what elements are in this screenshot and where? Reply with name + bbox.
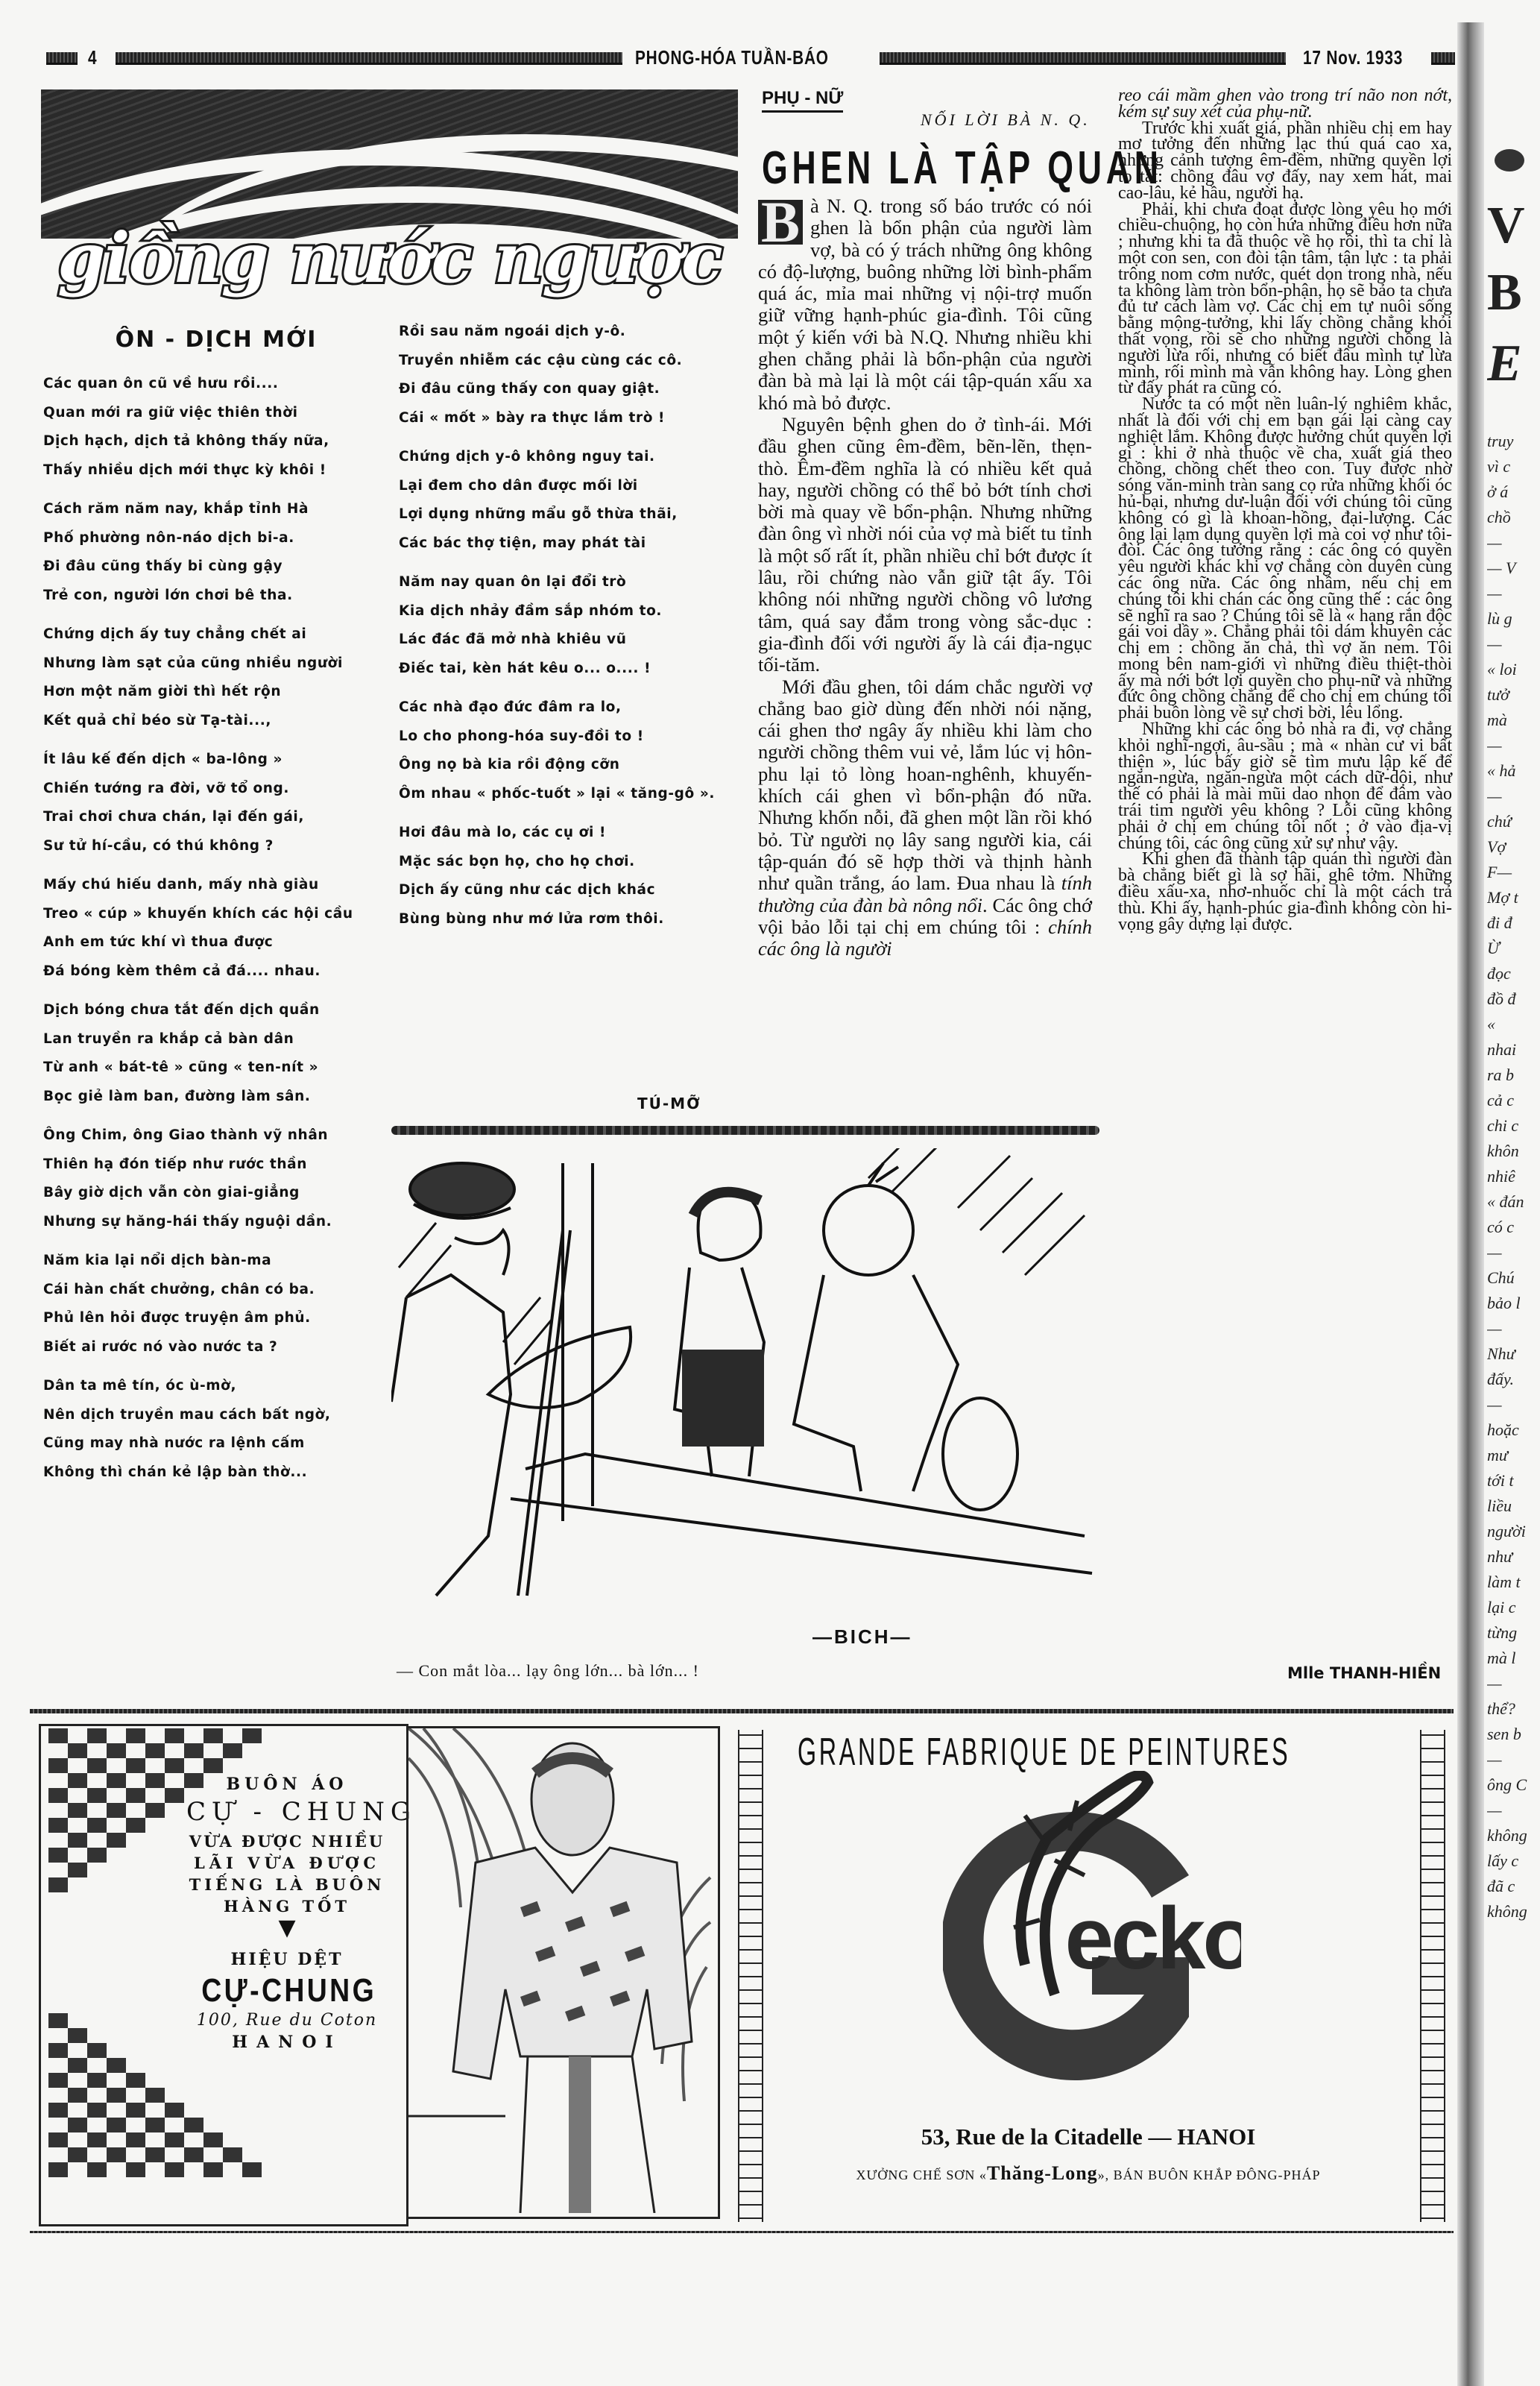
poem-line: Truyền nhiễm các cậu cùng các cô. [399,347,734,376]
poem-line: Chiến tướng ra đời, vỡ tổ ong. [43,775,379,804]
fragment-ornament [1495,149,1524,171]
poem-line: Hơn một năm giời thì hết rộn [43,678,379,707]
poem-line: Đi đâu cũng thấy con quay giật. [399,375,734,404]
article-paragraph: Bà N. Q. trong số báo trước có nói ghen … [758,195,1092,414]
section-tag: PHỤ - NỮ [762,88,843,113]
poem-line: Phủ lên hỏi được truyện âm phủ. [43,1304,379,1333]
poem-line: Mấy chú hiếu danh, mấy nhà giàu [43,871,379,900]
poem-line: Quan mới ra giữ việc thiên thời [43,399,379,428]
poem-line: Dịch ấy cũng như các dịch khác [399,876,734,905]
poem-line: Thấy nhiều dịch mới thực kỳ khôi ! [43,456,379,485]
poem-line: Cách răm năm nay, khắp tỉnh Hà [43,495,379,524]
cartoon-top-rule [391,1126,1099,1135]
publication-name: PHONG-HÓA TUẦN-BÁO [635,46,829,69]
poem-stanza: Năm nay quan ôn lại đổi trò Kia dịch nhả… [399,568,734,683]
header-rule-right [880,52,1286,65]
header-rule-left-stub [46,52,78,65]
ad-brand: CỰ-CHUNG [201,1972,373,2009]
poem-line: Điếc tai, kèn hát kêu o... o.... ! [399,655,734,684]
poem-line: Năm kia lại nổi dịch bàn-ma [43,1247,379,1276]
article-kicker: NỐI LỜI BÀ N. Q. [921,110,1091,130]
page-fold-shadow [1457,22,1484,2386]
article-paragraph: Khi ghen đã thành tập quán thì người đàn… [1118,852,1452,933]
poem-line: Lợi dụng những mẩu gỗ thừa thãi, [399,500,734,529]
poem-line: Chứng dịch ấy tuy chẳng chết ai [43,620,379,649]
poem-stanza: Các quan ôn cũ về hưu rồi.... Quan mới r… [43,370,379,485]
poem-line: Không thì chán kẻ lập bàn thờ... [43,1458,379,1488]
poem-stanza: Hơi đâu mà lo, các cụ ơi ! Mặc sác bọn h… [399,819,734,934]
ornamental-border-left [738,1730,763,2222]
poem-title: ÔN - DỊCH MỚI [112,327,321,353]
poem-stanza: Ít lâu kế đến dịch « ba-lông » Chiến tướ… [43,746,379,860]
banner-woodcut [41,89,738,239]
article-paragraph: Phải, khi chưa đoạt được lòng yêu họ mới… [1118,202,1452,397]
poem-line: Cái « mốt » bày ra thực lắm trò ! [399,404,734,433]
poem-line: Bọc giẻ làm ban, đường làm sân. [43,1083,379,1112]
article-column-1: Bà N. Q. trong số báo trước có nói ghen … [758,195,1092,960]
cartoon-caption: — Con mắt lòa... lạy ông lớn... bà lớn..… [397,1661,699,1681]
ad-line: HIỆU DỆT [186,1950,388,1969]
article-byline: Mlle THANH-HIỀN [1287,1664,1441,1682]
poem-line: Bùng bùng như mớ lửa rơm thôi. [399,905,734,934]
poem-line: Các quan ôn cũ về hưu rồi.... [43,370,379,399]
article-headline: GHEN LÀ TẬP QUAN [762,145,1163,192]
sweater-man-illustration [408,1728,714,2213]
poem-line: Bây giờ dịch vẫn còn giai-giẳng [43,1179,379,1208]
page-header [0,0,1461,30]
ad-city: HANOI [186,2033,388,2052]
gecko-ad-headline: GRANDE FABRIQUE DE PEINTURES [798,1730,1290,1775]
poem-line: Biết ai rước nó vào nước ta ? [43,1333,379,1362]
poem-line: Đá bóng kèm thêm cả đá.... nhau. [43,957,379,986]
poem-stanza: Các nhà đạo đức đâm ra lo, Lo cho phong-… [399,693,734,808]
poem-line: Nhưng làm sạt của cũng nhiều người [43,649,379,679]
adjacent-page-text-fragment: truy vì c ở á chồ — — V — lù g — « loi t… [1487,429,1540,1924]
ad-brand-spaced: CỰ - CHUNG [186,1797,388,1827]
poem-line: Anh em tức khí vì thua được [43,928,379,957]
poem-stanza: Ông Chim, ông Giao thành vỹ nhân Thiên h… [43,1121,379,1236]
poem-stanza: Năm kia lại nổi dịch bàn-ma Cái hàn chất… [43,1247,379,1362]
poem-line: Ông nọ bà kia rồi động cỡn [399,751,734,780]
ad-address: 100, Rue du Coton [186,2011,388,2030]
poem-line: Thiên hạ đón tiếp như rước thần [43,1150,379,1180]
poem-line: Năm nay quan ôn lại đổi trò [399,568,734,597]
drop-cap: B [758,200,803,245]
ad-line: LÃI VỪA ĐƯỢC [186,1854,388,1872]
poem-line: Kia dịch nhảy đầm sắp nhóm to. [399,597,734,626]
fragment-letter: B [1487,259,1540,327]
ads-divider [30,1709,1454,1713]
poem-line: Lại đem cho dân được mối lời [399,472,734,501]
poem-line: Ông Chim, ông Giao thành vỹ nhân [43,1121,379,1150]
cartoon-artist-signature: —BICH— [812,1625,912,1649]
gecko-logo: ecko [943,1771,1241,2121]
poem-line: Nhưng sự hăng-hái thấy nguội dần. [43,1208,379,1237]
poem-line: Chứng dịch y-ô không nguy tai. [399,443,734,472]
poem-stanza: Mấy chú hiếu danh, mấy nhà giàu Treo « c… [43,871,379,986]
header-rule-left [116,52,622,65]
article-paragraph: Những khi các ông bỏ nhà ra đi, vợ chẳng… [1118,722,1452,852]
poem-line: Từ anh « bát-tê » cũng « ten-nít » [43,1054,379,1083]
fragment-letter: E [1487,327,1540,401]
article-paragraph: Trước khi xuất giá, phần nhiều chị em ha… [1118,121,1452,202]
article-paragraph: Nước ta có một nền luân-lý nghiêm khắc, … [1118,397,1452,722]
poem-line: Nên dịch truyền mau cách bất ngờ, [43,1401,379,1430]
column-title: giồng nước ngược [41,224,738,292]
poem-line: Sư tử hí-cầu, có thú không ? [43,832,379,861]
poem-line: Cũng may nhà nước ra lệnh cấm [43,1429,379,1458]
poem-line: Ôm nhau « phốc-tuốt » lại « tăng-gô ». [399,780,734,809]
ad-line: VỪA ĐƯỢC NHIỀU [186,1832,388,1851]
poem-line: Lan truyền ra khắp cả bàn dân [43,1025,379,1054]
poem-stanza: Cách răm năm nay, khắp tỉnh Hà Phố phườn… [43,495,379,610]
cartoon-illustration [391,1148,1099,1603]
poem-line: Các nhà đạo đức đâm ra lo, [399,693,734,723]
poem-column-1: Các quan ôn cũ về hưu rồi.... Quan mới r… [43,370,379,1497]
article-column-2: reo cái mầm ghen vào trong trí não non n… [1118,88,1452,933]
article-paragraph: Nguyên bệnh ghen do ở tình-ái. Mới đầu g… [758,414,1092,676]
poem-line: Hơi đâu mà lo, các cụ ơi ! [399,819,734,848]
poem-line: Dịch hạch, dịch tả không thấy nữa, [43,427,379,456]
gecko-ad-address: 53, Rue de la Citadelle — HANOI [760,2124,1416,2150]
article-paragraph: reo cái mầm ghen vào trong trí não non n… [1118,88,1452,121]
poem-stanza: Chứng dịch ấy tuy chẳng chết ai Nhưng là… [43,620,379,735]
poem-line: Mặc sác bọn họ, cho họ chơi. [399,848,734,877]
poem-line: Trẻ con, người lớn chơi bê tha. [43,582,379,611]
poem-line: Trai chơi chưa chán, lại đến gái, [43,803,379,832]
poem-line: Lác đác đã mở nhà khiêu vũ [399,626,734,655]
ornamental-border-right [1420,1730,1445,2222]
poem-stanza: Dịch bóng chưa tắt đến dịch quần Lan tru… [43,996,379,1111]
poem-line: Treo « cúp » khuyến khích các hội cầu [43,900,379,929]
issue-date: 17 Nov. 1933 [1303,46,1403,69]
poem-line: Dân ta mê tín, óc ù-mờ, [43,1372,379,1401]
poem-line: Ít lâu kế đến dịch « ba-lông » [43,746,379,775]
poem-line: Cái hàn chất chưởng, chân có ba. [43,1276,379,1305]
poem-line: Lo cho phong-hóa suy-đồi to ! [399,723,734,752]
article-paragraph: Mới đầu ghen, tôi dám chắc người vợ chẳn… [758,676,1092,960]
poem-stanza: Dân ta mê tín, óc ù-mờ, Nên dịch truyền … [43,1372,379,1487]
poem-line: Phố phường nôn-náo dịch bi-a. [43,524,379,553]
ad-line: TIẾNG LÀ BUÔN [186,1875,388,1894]
poem-stanza: Chứng dịch y-ô không nguy tai. Lại đem c… [399,443,734,558]
poem-line: Các bác thợ tiện, may phát tài [399,529,734,558]
poem-stanza: Rồi sau năm ngoái dịch y-ô. Truyền nhiễm… [399,318,734,432]
poem-column-2: Rồi sau năm ngoái dịch y-ô. Truyền nhiễm… [399,318,734,944]
poem-line: Dịch bóng chưa tắt đến dịch quần [43,996,379,1025]
ad-line: BUÔN ÁO [186,1775,388,1794]
poem-author: TÚ-MỠ [637,1095,701,1112]
page-bottom-rule [30,2231,1454,2233]
ad-line: HÀNG TỐT [186,1897,388,1916]
poem-line: Đi đâu cũng thấy bi cùng gậy [43,553,379,582]
header-rule-right-stub [1431,52,1455,65]
adjacent-page-fragment: V B E [1487,149,1540,401]
fragment-letter: V [1487,192,1540,259]
poem-line: Kết quả chỉ béo sừ Tạ-tài..., [43,707,379,736]
down-triangle-icon: ▼ [186,1915,388,1941]
gecko-logo-text: ecko [1065,1889,1241,1988]
page-number: 4 [88,46,97,69]
poem-line: Rồi sau năm ngoái dịch y-ô. [399,318,734,347]
gecko-ad-tagline: XƯỞNG CHẾ SƠN «Thăng-Long», BÁN BUÔN KHẮ… [760,2162,1416,2185]
